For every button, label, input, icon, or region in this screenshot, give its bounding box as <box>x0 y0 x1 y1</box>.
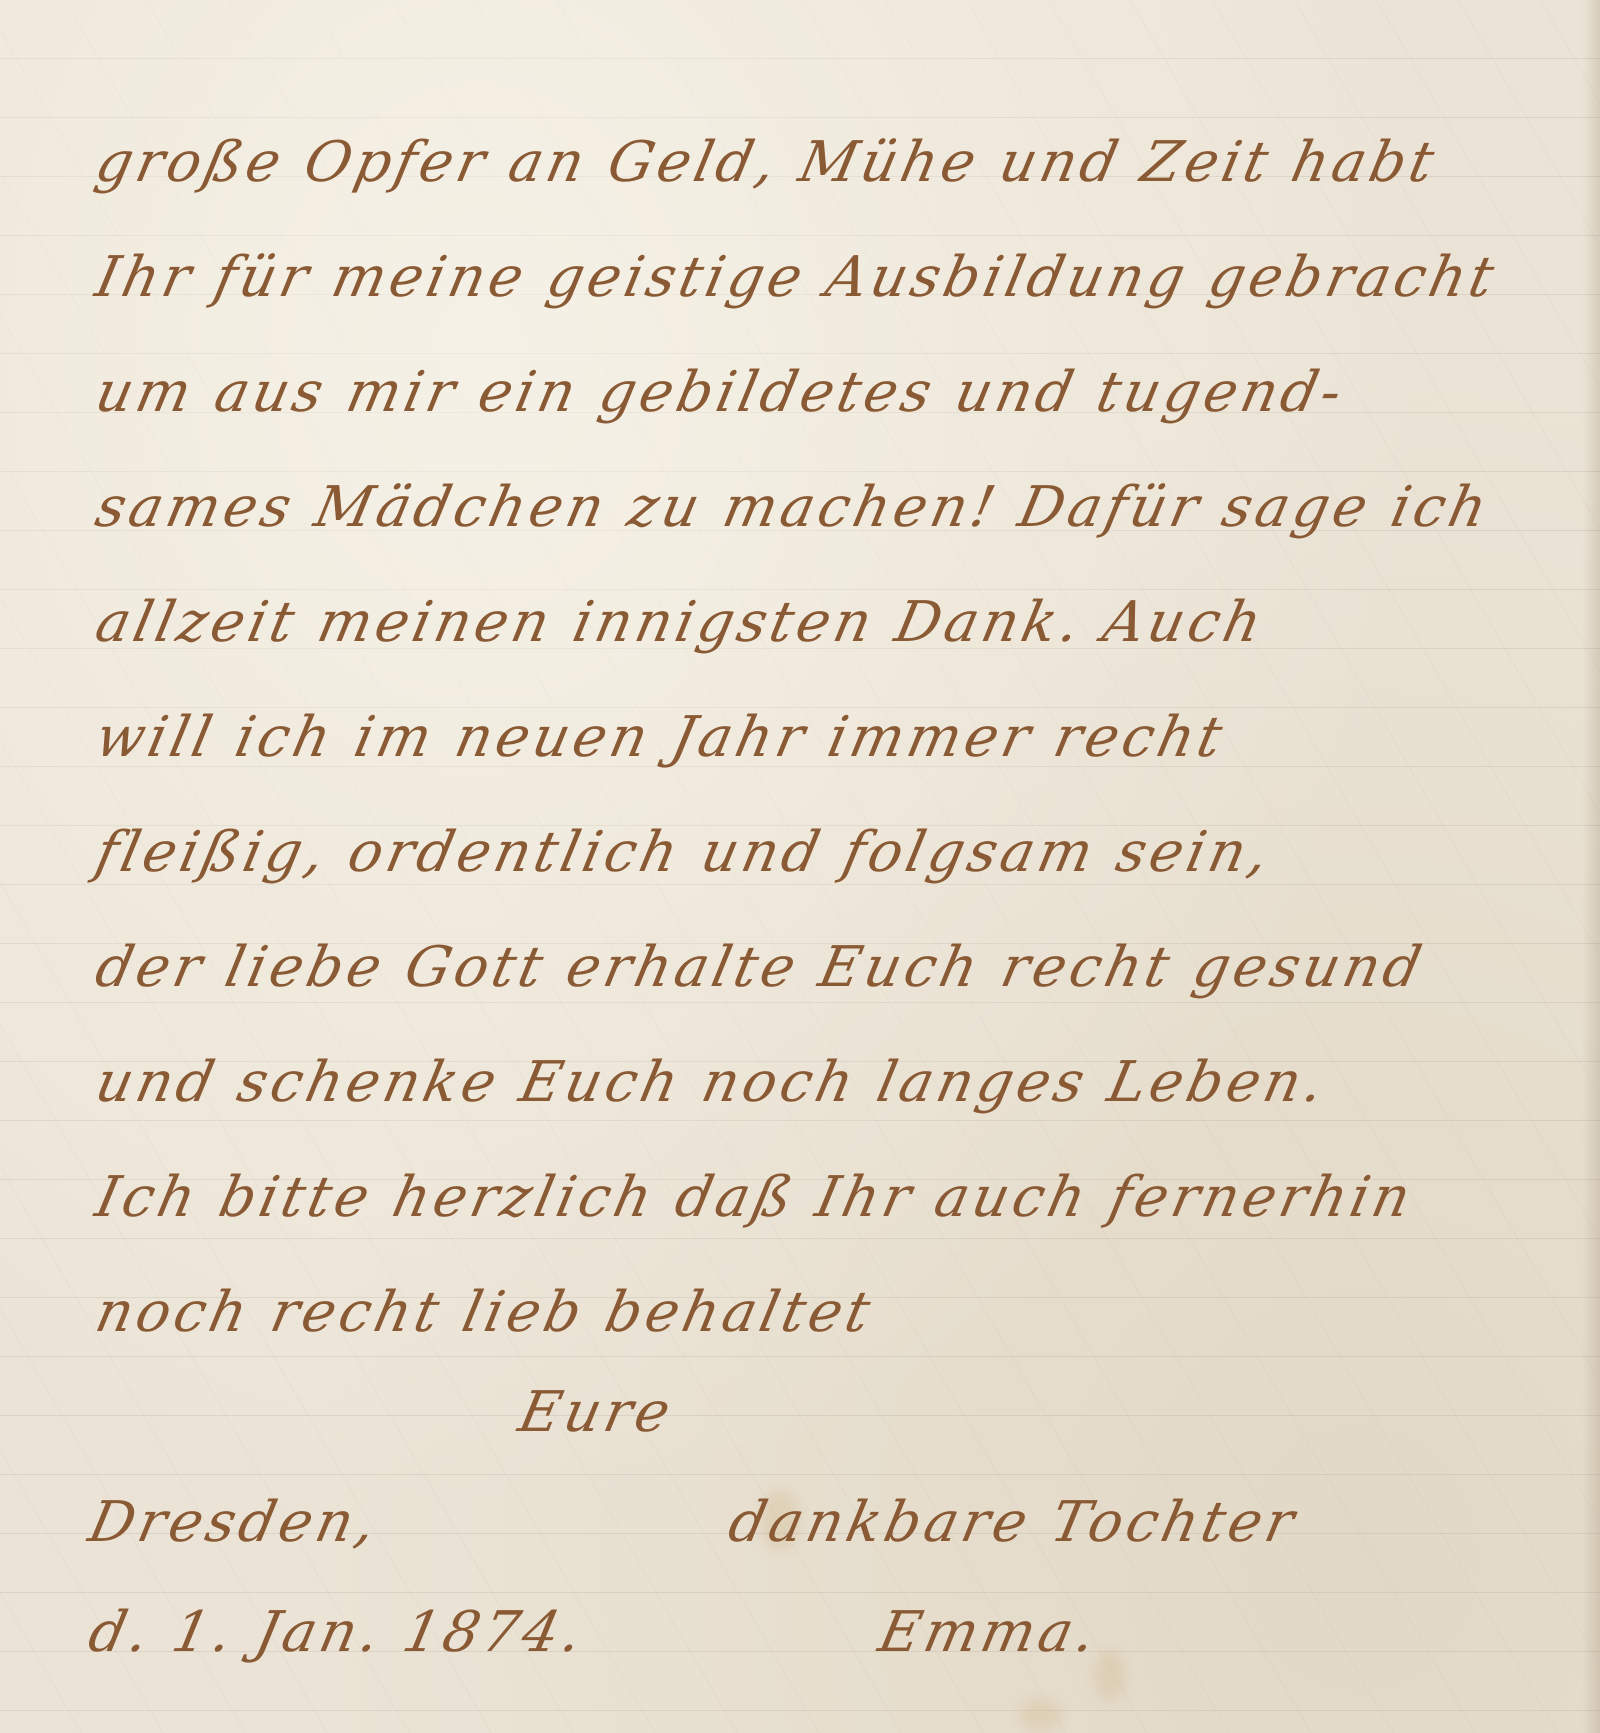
letter-line-3: um aus mir ein gebildetes und tugend- <box>90 360 1351 425</box>
signature: Emma. <box>873 1600 1105 1665</box>
closing-place: Dresden, <box>83 1490 385 1555</box>
paper-stain <box>1095 1650 1125 1700</box>
letter-line-6: will ich im neuen Jahr immer recht <box>90 705 1232 770</box>
letter-line-10: Ich bitte herzlich daß Ihr auch fernerhi… <box>90 1165 1420 1230</box>
paper-stain <box>1020 1700 1060 1730</box>
closing-relation: dankbare Tochter <box>723 1490 1304 1555</box>
letter-line-9: und schenke Euch noch langes Leben. <box>90 1050 1333 1115</box>
page-edge <box>1582 0 1600 1733</box>
closing-eure: Eure <box>513 1380 680 1445</box>
letter-line-11: noch recht lieb behaltet <box>90 1280 880 1345</box>
letter-line-4: sames Mädchen zu machen! Dafür sage ich <box>90 475 1496 540</box>
letter-page: große Opfer an Geld, Mühe und Zeit habt … <box>0 0 1600 1733</box>
letter-line-7: fleißig, ordentlich und folgsam sein, <box>90 820 1278 885</box>
closing-date: d. 1. Jan. 1874. <box>83 1600 591 1665</box>
letter-line-8: der liebe Gott erhalte Euch recht gesund <box>90 935 1431 1000</box>
letter-line-5: allzeit meinen innigsten Dank. Auch <box>90 590 1271 655</box>
letter-line-2: Ihr für meine geistige Ausbildung gebrac… <box>90 245 1503 310</box>
letter-line-1: große Opfer an Geld, Mühe und Zeit habt <box>90 130 1443 195</box>
